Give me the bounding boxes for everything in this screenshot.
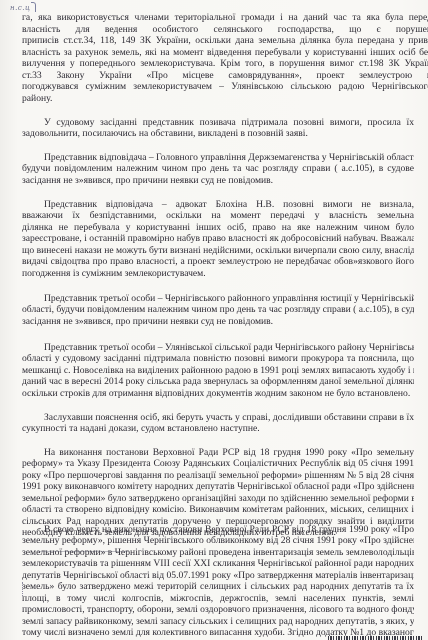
- text-line: Представник третьої особи – Улянівської …: [44, 342, 414, 353]
- text-line: Заслухавши пояснення осіб, які беруть уч…: [44, 412, 414, 423]
- text-line: реформу» та Указу Президента Союзу Радян…: [22, 458, 414, 469]
- text-line: області у судовому засіданні підтримала …: [22, 353, 414, 364]
- text-line: га, яка використовується членами територ…: [22, 12, 428, 23]
- text-line: видачі свідоцтва про право власності, а …: [22, 256, 414, 267]
- text-line: будучи повідомленим належним чином про д…: [22, 163, 414, 174]
- text-line: депутатів Чернігівської області від 05.0…: [22, 570, 414, 581]
- text-line: області та створено відповідну комісію. …: [22, 504, 414, 515]
- text-line: вилучення у попереднього землекористувач…: [22, 58, 428, 69]
- text-line: землі запасу райвиконкому, землі запасу …: [22, 616, 414, 627]
- text-line: земель» було затверджено межі територій …: [22, 581, 414, 592]
- text-line: власність для ведення особистого селянсь…: [22, 24, 428, 35]
- text-line: вважаючи їх безпідставними, оскільки на …: [22, 210, 414, 221]
- text-line: сукупності та надані докази, судом встан…: [22, 423, 414, 434]
- text-line: засідання не з»явився, про причини неявк…: [22, 175, 414, 186]
- text-line: Представник відповідача – адвокат Блохін…: [44, 199, 414, 210]
- text-line: В свою чергу на виконання постанови Верх…: [44, 524, 414, 535]
- margin-mark: [22, 582, 24, 596]
- text-line: приписів ст.ст.34, 118, 149 ЗК України, …: [22, 35, 428, 46]
- scanned-court-document-page: н.с.ц га, яка використовується членами т…: [0, 0, 428, 640]
- text-line: даний час в вересні 2014 року сільська р…: [22, 376, 414, 387]
- text-line: зареєстроване, і останній правомірно наб…: [22, 233, 414, 244]
- text-line: що винесені накази не можуть бути визнан…: [22, 245, 414, 256]
- text-line: Представник відповідача – Головного упра…: [44, 152, 414, 163]
- barcode-strip: [328, 636, 424, 640]
- handwritten-note: н.с.ц: [10, 2, 36, 12]
- handwritten-hook-mark: [31, 2, 36, 12]
- text-line: року «Про першочергові завдання по реалі…: [22, 470, 414, 481]
- handwritten-note-text: н.с.ц: [10, 4, 30, 12]
- text-line: ст.33 Закону України «Про місцеве самовр…: [22, 70, 428, 81]
- text-line: оскільки строків для отримання відповідн…: [22, 388, 414, 399]
- text-line: На виконання постанови Верховної Ради РС…: [44, 447, 414, 458]
- text-line: району.: [22, 93, 414, 104]
- text-line: У судовому засіданні представник позивач…: [44, 117, 414, 128]
- text-line: області, будучи повідомленим належним чи…: [22, 304, 414, 315]
- text-line: ділянка не перебувала у користуванні інш…: [22, 222, 414, 233]
- text-line: задовольнити, посилаючись на обставини, …: [22, 128, 414, 139]
- text-line: засідання не з»явився, про причини неявк…: [22, 316, 414, 327]
- pen-underline-mark: [38, 537, 128, 552]
- text-line: Представник третьої особи – Чернігівсько…: [44, 293, 414, 304]
- text-line: промисловості, транспорту, оборони, земл…: [22, 604, 414, 615]
- text-line: мешканці с. Новоселівка на виділених рай…: [22, 365, 414, 376]
- text-line: площі, в тому числі колгоспів, міжгоспів…: [22, 593, 414, 604]
- text-line: погоджувався суміжним землекористувачем …: [22, 81, 428, 92]
- text-line: 1991 року виконавчого комітету народних …: [22, 481, 414, 492]
- text-line: землекористувачів та рішенням VIII сесії…: [22, 558, 414, 569]
- text-line: власність за рахунок земель, які на моме…: [22, 47, 428, 58]
- text-line: погодження із суміжним землекористувачем…: [22, 268, 414, 279]
- text-line: земельної реформи» було затверджено орга…: [22, 493, 414, 504]
